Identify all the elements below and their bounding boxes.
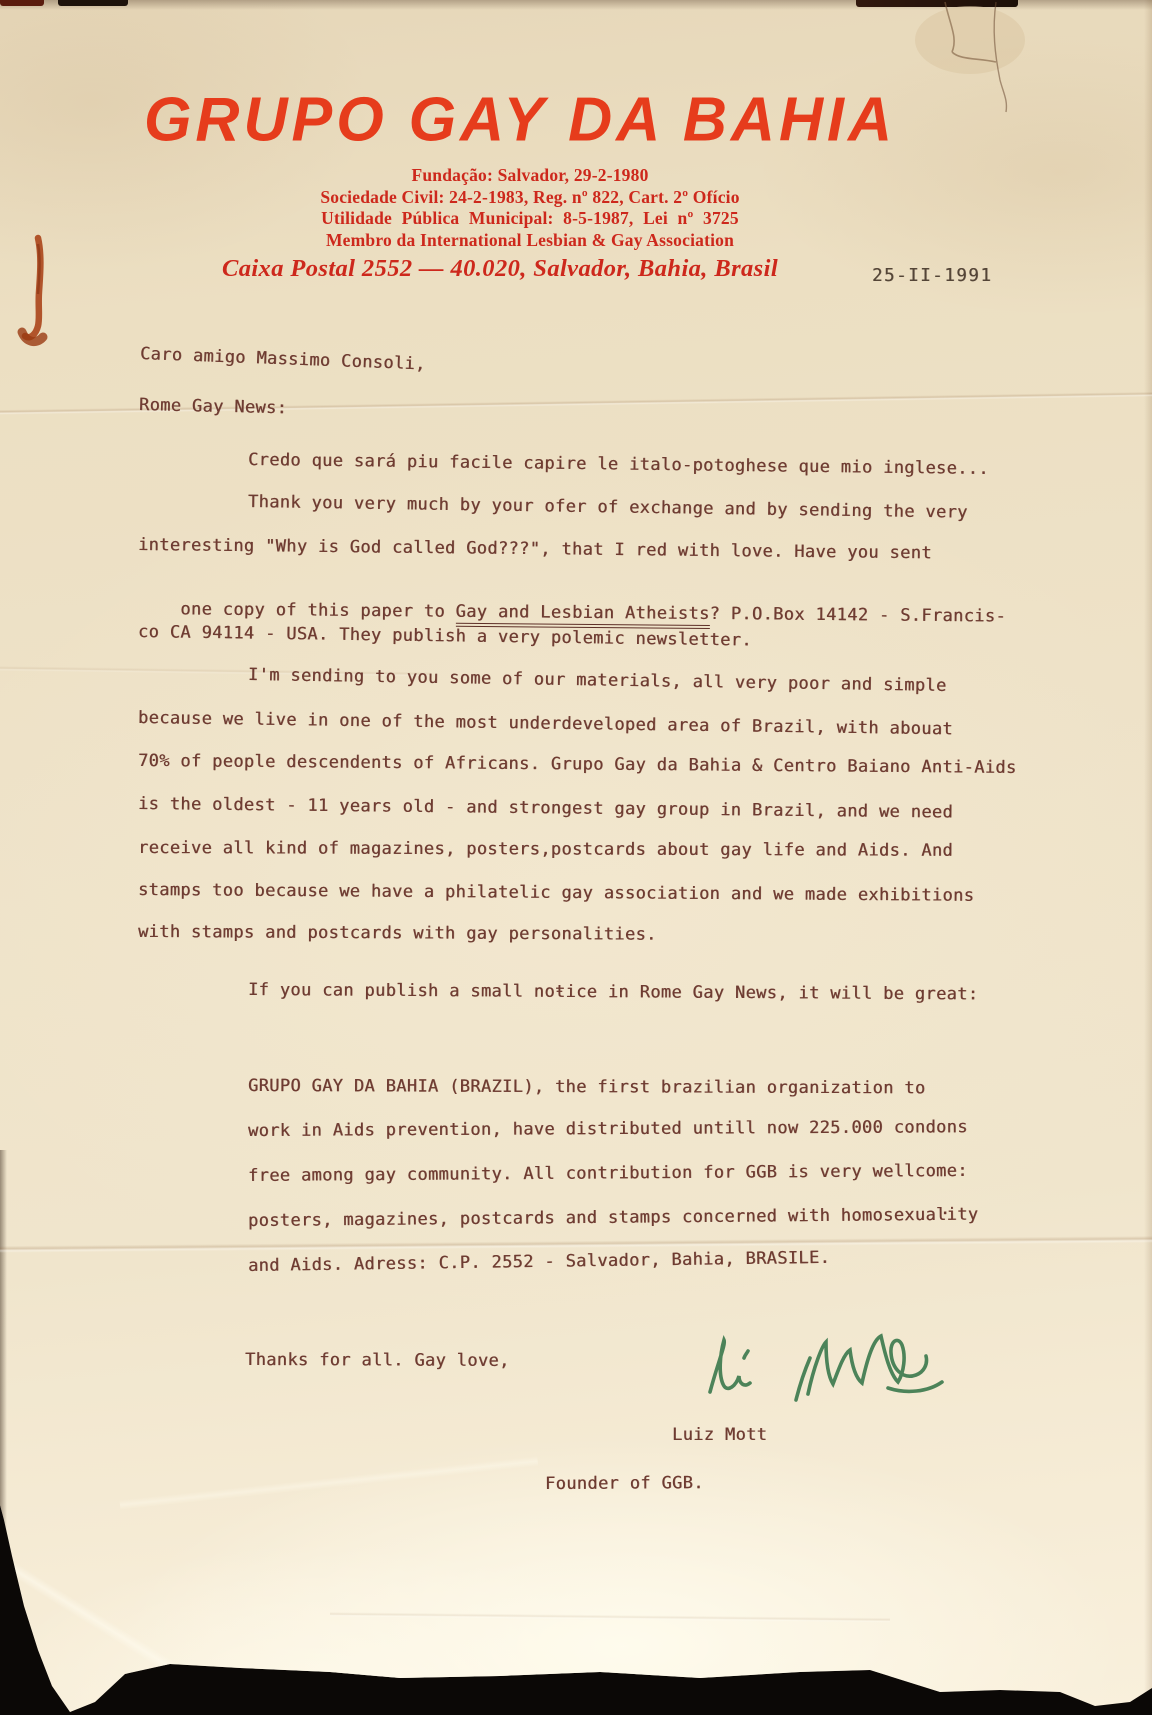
paper-fold-highlight [119, 1456, 538, 1510]
typed-line: interesting "Why is God called God???", … [138, 535, 932, 564]
typed-line: with stamps and postcards with gay perso… [138, 922, 657, 946]
typed-line: Thank you very much by your ofer of exch… [248, 492, 968, 524]
typed-line: free among gay community. All contributi… [248, 1161, 968, 1187]
typed-line-segment: ? P.O.Box 14142 - S.Francis- [710, 604, 1007, 627]
signed-name-typed: Luiz Mott [672, 1425, 767, 1446]
typed-line: If you can publish a small noŧice in Rom… [248, 980, 978, 1005]
letterhead-info-line: Utilidade Pública Municipal: 8-5-1987, L… [70, 208, 990, 230]
letterhead-title: GRUPO GAY DA BAHIA [70, 83, 970, 154]
typed-line: 70% of people descendents of Africans. G… [138, 751, 1017, 779]
scan-edge-mark [0, 0, 44, 6]
closing-thanks-line: Thanks for all. Gay love, [245, 1350, 510, 1372]
paper-crease [330, 1612, 890, 1623]
typed-line: work in Aids prevention, have distribute… [248, 1117, 968, 1142]
signer-title-typed: Founder of GGB. [545, 1473, 704, 1495]
typed-line: I'm sending to you some of our materials… [248, 665, 947, 697]
typed-line: Credo que sará piu facile capire le ital… [248, 450, 989, 480]
letterhead-info-line: Sociedade Civil: 24-2-1983, Reg. nº 822,… [70, 187, 990, 209]
underlined-reference: Gay and Lesbian Atheists [455, 602, 709, 629]
paper-crease [0, 1236, 1152, 1253]
typed-line: GRUPO GAY DA BAHIA (BRAZIL), the first b… [248, 1076, 926, 1099]
letter-page: GRUPO GAY DA BAHIA Fundação: Salvador, 2… [0, 0, 1152, 1715]
paper-right-edge-shadow [1144, 0, 1152, 1715]
letterhead-info-line: Fundação: Salvador, 29-2-1980 [70, 165, 990, 187]
salutation-line: Caro amigo Massimo Consoli, [140, 344, 426, 375]
typed-line-segment: one copy of this paper to [180, 599, 455, 621]
letterhead-address: Caixa Postal 2552 — 40.020, Salvador, Ba… [40, 255, 960, 283]
paper-fold-highlight [6, 1561, 234, 1711]
typed-line: stamps too because we have a philatelic … [138, 880, 974, 907]
signature-handwritten [692, 1328, 962, 1418]
typed-line: is the oldest - 11 years old - and stron… [138, 794, 953, 824]
letterhead-info: Fundação: Salvador, 29-2-1980 Sociedade … [70, 165, 990, 251]
letterhead-info-line: Membro da International Lesbian & Gay As… [70, 230, 990, 252]
paper-left-edge-shadow [0, 1150, 7, 1580]
date-typed: 25-II-1991 [872, 266, 992, 287]
typed-line: posters, magazines, postcards and stamps… [248, 1205, 979, 1232]
typed-line: and Aids. Adress: C.P. 2552 - Salvador, … [248, 1248, 830, 1277]
scan-edge-mark [58, 0, 128, 6]
typed-line: because we live in one of the most under… [138, 708, 953, 740]
salutation-line: Rome Gay News: [139, 395, 288, 419]
typed-line: receive all kind of magazines, posters,p… [138, 838, 953, 862]
margin-pen-mark [16, 234, 60, 352]
